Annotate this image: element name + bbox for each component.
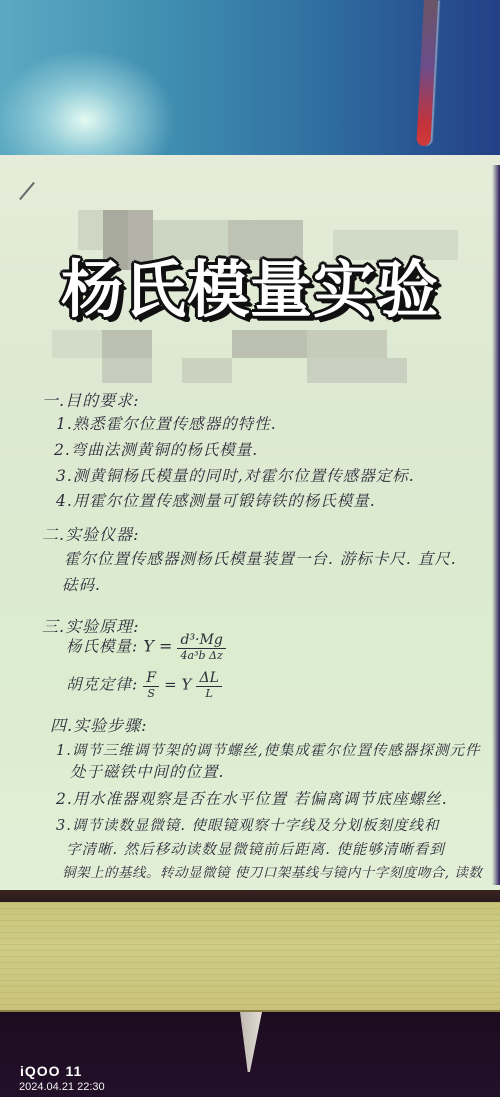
section-4-item-3-cont-1: 字清晰. 然后移动读数显微镜前后距离. 使能够清晰看到 xyxy=(66,838,445,859)
formula-2-eq: = Y xyxy=(164,676,191,694)
desk-edge xyxy=(0,890,500,902)
section-1-item-1: 1.熟悉霍尔位置传感器的特性. xyxy=(56,412,277,434)
section-1-item-4: 4.用霍尔位置传感测量可锻铸铁的杨氏模量. xyxy=(56,489,376,511)
section-1-item-2: 2.弯曲法测黄铜的杨氏模量. xyxy=(54,438,258,460)
formula-1-fraction: d³·Mg 4a³b Δz xyxy=(177,632,225,662)
section-2-heading: 二.实验仪器: xyxy=(42,522,139,545)
formula-2-label: 胡克定律: xyxy=(66,676,138,694)
section-2-item-1: 霍尔位置传感器测杨氏模量装置一台. 游标卡尺. 直尺. xyxy=(64,547,457,569)
section-1-item-3: 3.测黄铜杨氏模量的同时,对霍尔位置传感器定标. xyxy=(56,464,415,486)
section-4-item-1: 1.调节三维调节架的调节螺丝,使集成霍尔位置传感器探测元件 xyxy=(56,739,480,760)
section-4-item-3-cont-2: 铜架上的基线。转动显微镜 使刀口架基线与镜内十字刻度吻合, 读数 xyxy=(62,861,482,881)
formula-1-numerator: d³·Mg xyxy=(177,632,225,649)
section-1-heading: 一.目的要求: xyxy=(42,388,139,411)
formula-1-label: 杨氏模量: xyxy=(66,638,138,656)
section-4-heading: 四.实验步骤: xyxy=(50,713,147,736)
formula-1-denominator: 4a³b Δz xyxy=(178,649,226,662)
title-overlay: 杨氏模量实验 xyxy=(0,240,500,329)
formula-2-rhs-denominator: L xyxy=(203,687,216,700)
redaction-mosaic-bottom xyxy=(52,330,452,385)
section-4-item-3: 3.调节读数显微镜. 使眼镜观察十字线及分划板刻度线和 xyxy=(56,814,440,835)
formula-2-rhs-fraction: ΔL L xyxy=(196,670,221,700)
timestamp-watermark: 2024.04.21 22:30 xyxy=(19,1081,105,1093)
hookes-law-formula: 胡克定律: F S = Y ΔL L xyxy=(66,670,222,700)
section-4-item-2: 2.用水准器观察是否在水平位置 若偏离调节底座螺丝. xyxy=(56,787,448,809)
section-2-item-2: 砝码. xyxy=(62,573,101,595)
formula-2-lhs-fraction: F S xyxy=(143,670,159,700)
formula-2-lhs-numerator: F xyxy=(143,670,159,687)
section-4-item-1-cont: 处于磁铁中间的位置. xyxy=(70,760,224,782)
camera-brand-watermark: iQOO 11 xyxy=(20,1063,82,1079)
formula-2-lhs-denominator: S xyxy=(144,687,158,700)
formula-2-rhs-numerator: ΔL xyxy=(196,670,221,687)
formula-1-lhs: Y = xyxy=(143,637,172,656)
youngs-modulus-formula: 杨氏模量: Y = d³·Mg 4a³b Δz xyxy=(66,632,226,662)
wooden-desk xyxy=(0,902,500,1012)
